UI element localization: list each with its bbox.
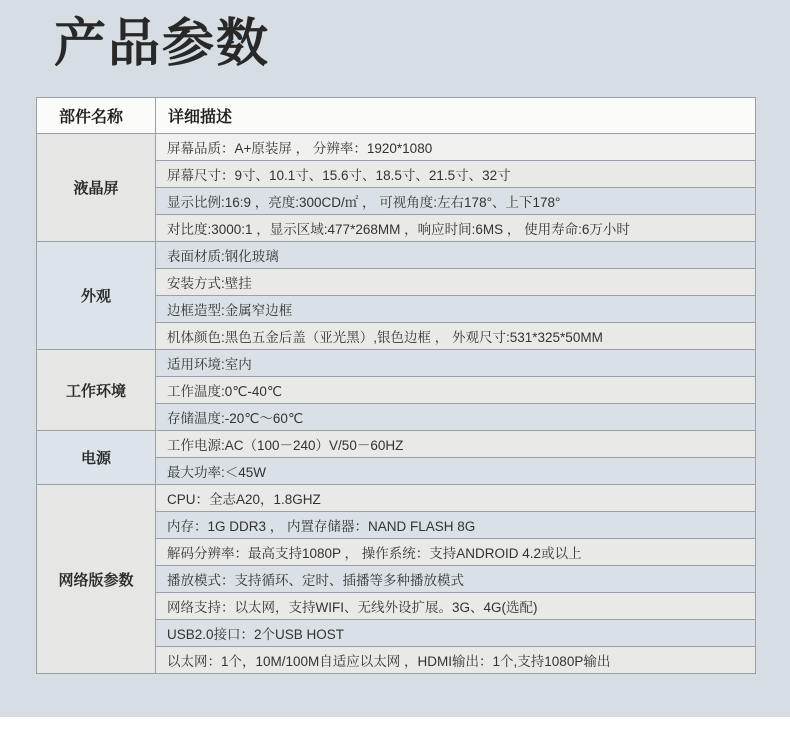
spec-description: 以太网：1个，10M/100M自适应以太网 ，HDMI输出：1个,支持1080P…: [156, 647, 756, 674]
spec-description: 显示比例:16:9 ，亮度:300CD/㎡ ， 可视角度:左右178°、上下17…: [156, 188, 756, 215]
table-header-row: 部件名称 详细描述: [37, 98, 756, 134]
section-name: 电源: [37, 431, 156, 485]
spec-description: 播放模式：支持循环、定时、插播等多种播放模式: [156, 566, 756, 593]
spec-table-body: 部件名称 详细描述 液晶屏屏幕品质：A+原装屏 ， 分辨率：1920*1080屏…: [37, 98, 756, 674]
spec-table: 部件名称 详细描述 液晶屏屏幕品质：A+原装屏 ， 分辨率：1920*1080屏…: [36, 97, 756, 674]
spec-description: 屏幕尺寸：9寸、10.1寸、15.6寸、18.5寸、21.5寸、32寸: [156, 161, 756, 188]
spec-description: 存储温度:-20℃～60℃: [156, 404, 756, 431]
spec-description: 屏幕品质：A+原装屏 ， 分辨率：1920*1080: [156, 134, 756, 161]
spec-description: 机体颜色:黑色五金后盖（亚光黑）,银色边框 ， 外观尺寸:531*325*50M…: [156, 323, 756, 350]
section-name: 外观: [37, 242, 156, 350]
spec-description: CPU：全志A20，1.8GHZ: [156, 485, 756, 512]
spec-description: USB2.0接口：2个USB HOST: [156, 620, 756, 647]
spec-description: 工作电源:AC（100－240）V/50－60HZ: [156, 431, 756, 458]
spec-description: 适用环境:室内: [156, 350, 756, 377]
spec-description: 表面材质:钢化玻璃: [156, 242, 756, 269]
spec-description: 内存：1G DDR3 ， 内置存储器：NAND FLASH 8G: [156, 512, 756, 539]
spec-description: 工作温度:0℃-40℃: [156, 377, 756, 404]
table-row: 外观表面材质:钢化玻璃: [37, 242, 756, 269]
spec-description: 解码分辨率：最高支持1080P ， 操作系统：支持ANDROID 4.2或以上: [156, 539, 756, 566]
column-header-description: 详细描述: [156, 98, 756, 134]
page: 产品参数 部件名称 详细描述 液晶屏屏幕品质：A+原装屏 ， 分辨率：1920*…: [0, 0, 790, 749]
spec-table-container: 部件名称 详细描述 液晶屏屏幕品质：A+原装屏 ， 分辨率：1920*1080屏…: [36, 97, 790, 674]
spec-description: 网络支持：以太网，支持WIFI、无线外设扩展。3G、4G(选配): [156, 593, 756, 620]
spec-description: 安装方式:壁挂: [156, 269, 756, 296]
table-row: 网络版参数CPU：全志A20，1.8GHZ: [37, 485, 756, 512]
table-row: 工作环境适用环境:室内: [37, 350, 756, 377]
spec-panel: 产品参数 部件名称 详细描述 液晶屏屏幕品质：A+原装屏 ， 分辨率：1920*…: [0, 0, 790, 717]
table-row: 电源工作电源:AC（100－240）V/50－60HZ: [37, 431, 756, 458]
table-row: 液晶屏屏幕品质：A+原装屏 ， 分辨率：1920*1080: [37, 134, 756, 161]
section-name: 液晶屏: [37, 134, 156, 242]
page-title: 产品参数: [54, 12, 790, 77]
section-name: 网络版参数: [37, 485, 156, 674]
spec-description: 边框造型:金属窄边框: [156, 296, 756, 323]
section-name: 工作环境: [37, 350, 156, 431]
spec-description: 对比度:3000:1 ，显示区域:477*268MM ，响应时间:6MS ， 使…: [156, 215, 756, 242]
column-header-part-name: 部件名称: [37, 98, 156, 134]
spec-description: 最大功率:＜45W: [156, 458, 756, 485]
